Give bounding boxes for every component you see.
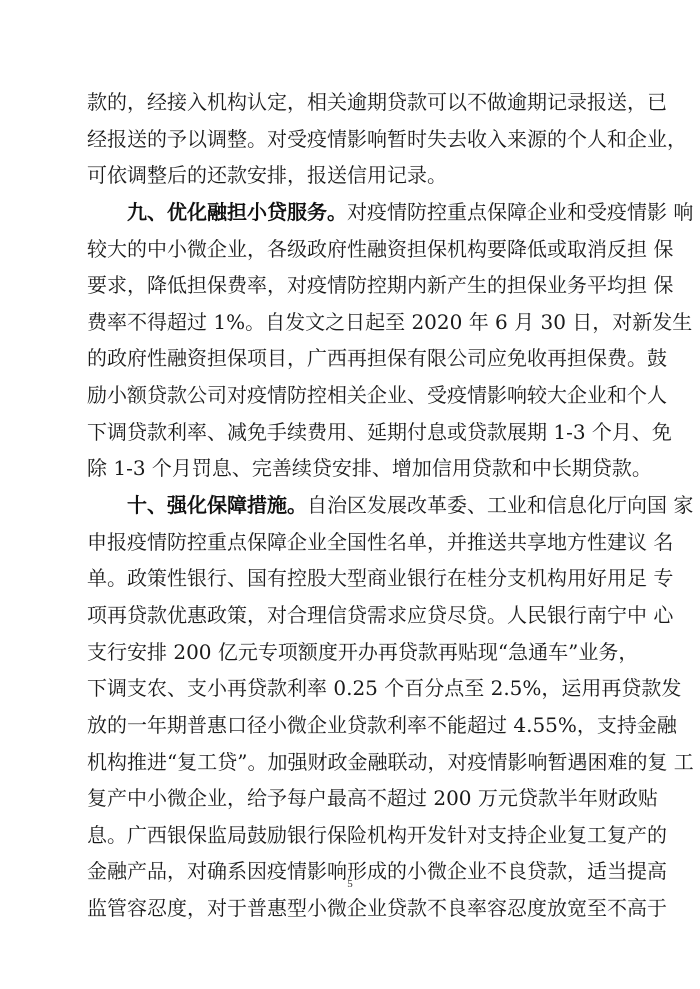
text-line: 下调贷款利率、减免手续费用、延期付息或贷款展期 1-3 个月、免 xyxy=(87,414,623,451)
paragraph-continuation: 款的，经接入机构认定，相关逾期贷款可以不做逾期记录报送，已 经报送的予以调整。对… xyxy=(87,84,623,194)
paragraph-section-9: 九、优化融担小贷服务。对疫情防控重点保障企业和受疫情影 响 较大的中小微企业，各… xyxy=(87,194,623,487)
text-line: 申报疫情防控重点保障企业全国性名单，并推送共享地方性建议 名 xyxy=(87,524,623,561)
document-body: 款的，经接入机构认定，相关逾期贷款可以不做逾期记录报送，已 经报送的予以调整。对… xyxy=(87,84,623,927)
text-line: 除 1-3 个月罚息、完善续贷安排、增加信用贷款和中长期贷款。 xyxy=(87,450,623,487)
text-line: 机构推进“复工贷”。加强财政金融联动，对疫情影响暂遇困难的复 工 xyxy=(87,744,623,781)
paragraph-section-10: 十、强化保障措施。自治区发展改革委、工业和信息化厅向国 家 申报疫情防控重点保障… xyxy=(87,487,623,927)
text-line: 复产中小微企业，给予每户最高不超过 200 万元贷款半年财政贴 xyxy=(87,780,623,817)
text-line: 放的一年期普惠口径小微企业贷款利率不能超过 4.55%，支持金融 xyxy=(87,707,623,744)
document-page: 款的，经接入机构认定，相关逾期贷款可以不做逾期记录报送，已 经报送的予以调整。对… xyxy=(0,0,700,989)
section-heading: 九、优化融担小贷服务。 xyxy=(127,200,347,224)
text-line: 下调支农、支小再贷款利率 0.25 个百分点至 2.5%，运用再贷款发 xyxy=(87,670,623,707)
text-line: 要求，降低担保费率，对疫情防控期内新产生的担保业务平均担 保 xyxy=(87,267,623,304)
text-run: 对疫情防控重点保障企业和受疫情影 响 xyxy=(347,200,693,224)
text-line: 九、优化融担小贷服务。对疫情防控重点保障企业和受疫情影 响 xyxy=(87,194,623,231)
text-line: 款的，经接入机构认定，相关逾期贷款可以不做逾期记录报送，已 xyxy=(87,84,623,121)
text-line: 息。广西银保监局鼓励银行保险机构开发针对支持企业复工复产的 xyxy=(87,817,623,854)
text-line: 可依调整后的还款安排，报送信用记录。 xyxy=(87,157,623,194)
text-line: 的政府性融资担保项目，广西再担保有限公司应免收再担保费。鼓 xyxy=(87,340,623,377)
text-line: 十、强化保障措施。自治区发展改革委、工业和信息化厅向国 家 xyxy=(87,487,623,524)
text-line: 项再贷款优惠政策，对合理信贷需求应贷尽贷。人民银行南宁中 心 xyxy=(87,597,623,634)
text-line: 励小额贷款公司对疫情防控相关企业、受疫情影响较大企业和个人 xyxy=(87,377,623,414)
text-line: 单。政策性银行、国有控股大型商业银行在桂分支机构用好用足 专 xyxy=(87,560,623,597)
text-line: 经报送的予以调整。对受疫情影响暂时失去收入来源的个人和企业， xyxy=(87,121,623,158)
text-line: 费率不得超过 1%。自发文之日起至 2020 年 6 月 30 日，对新发生 xyxy=(87,304,623,341)
page-number: 5 xyxy=(0,878,700,890)
text-run: 自治区发展改革委、工业和信息化厅向国 家 xyxy=(307,493,693,517)
text-line: 支行安排 200 亿元专项额度开办再贷款再贴现“急通车”业务， xyxy=(87,634,623,671)
text-line: 监管容忍度，对于普惠型小微企业贷款不良率容忍度放宽至不高于 xyxy=(87,890,623,927)
text-line: 较大的中小微企业，各级政府性融资担保机构要降低或取消反担 保 xyxy=(87,231,623,268)
section-heading: 十、强化保障措施。 xyxy=(127,493,307,517)
